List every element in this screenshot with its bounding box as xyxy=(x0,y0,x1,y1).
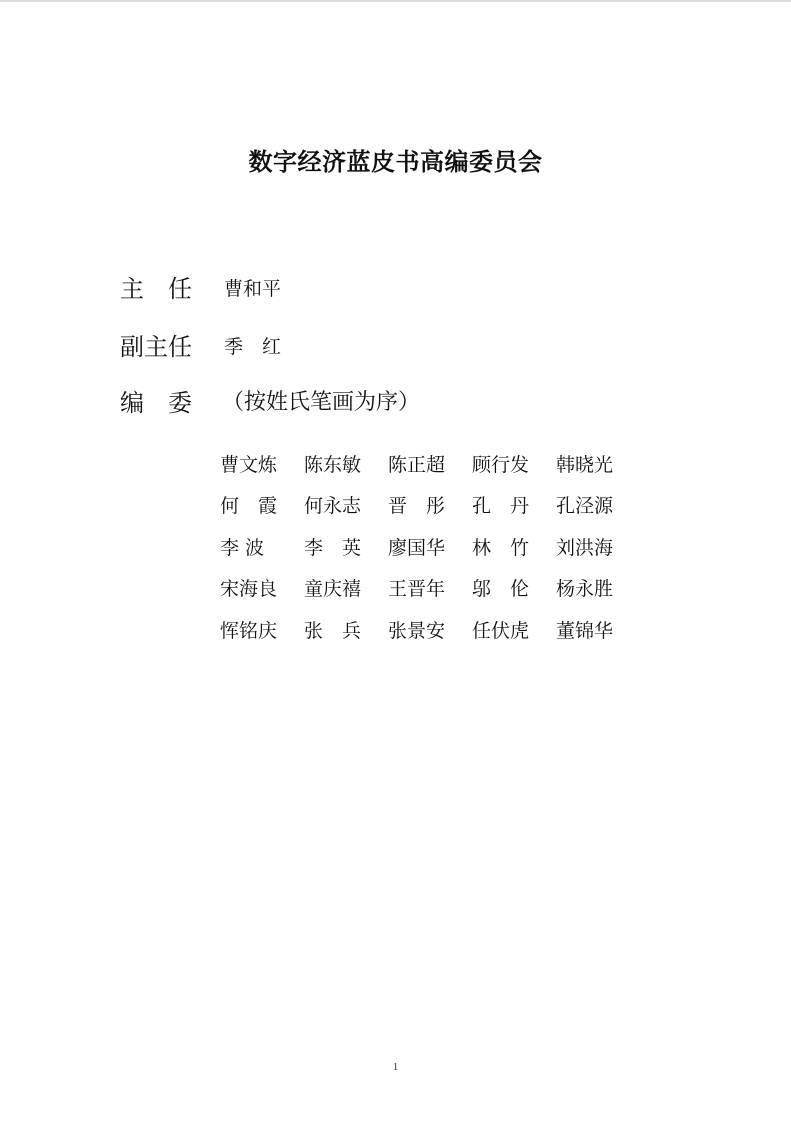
member-row: 李 波 李 英 廖国华 林 竹 刘洪海 xyxy=(220,527,640,569)
member-name: 孔泾源 xyxy=(556,491,640,521)
role-value-director: 曹和平 xyxy=(224,272,281,306)
member-name: 李 英 xyxy=(304,533,388,563)
member-row: 恽铭庆 张 兵 张景安 任伏虎 董锦华 xyxy=(220,610,640,652)
role-director: 主 任 曹和平 xyxy=(120,272,281,306)
role-label-deputy-director: 副主任 xyxy=(120,330,224,364)
member-grid: 曹文炼 陈东敏 陈正超 顾行发 韩晓光 何 霞 何永志 晋 彤 孔 丹 孔泾源 … xyxy=(220,444,640,652)
member-name: 廖国华 xyxy=(388,533,472,563)
member-name: 李 波 xyxy=(220,533,304,563)
role-value-deputy-director: 季 红 xyxy=(224,330,281,364)
member-name: 杨永胜 xyxy=(556,574,640,604)
role-editorial-board: 编 委 （按姓氏笔画为序） xyxy=(120,386,420,420)
member-name: 晋 彤 xyxy=(388,491,472,521)
page-title: 数字经济蓝皮书高编委员会 xyxy=(0,144,791,180)
member-name: 宋海良 xyxy=(220,574,304,604)
page-number: 1 xyxy=(0,1061,791,1073)
member-name: 王晋年 xyxy=(388,574,472,604)
member-name: 恽铭庆 xyxy=(220,616,304,646)
member-name: 邬 伦 xyxy=(472,574,556,604)
role-label-editorial-board: 编 委 xyxy=(120,386,224,420)
ordering-note: （按姓氏笔画为序） xyxy=(222,386,420,420)
member-row: 宋海良 童庆禧 王晋年 邬 伦 杨永胜 xyxy=(220,569,640,611)
member-name: 张 兵 xyxy=(304,616,388,646)
member-name: 童庆禧 xyxy=(304,574,388,604)
role-deputy-director: 副主任 季 红 xyxy=(120,330,281,364)
member-name: 董锦华 xyxy=(556,616,640,646)
member-row: 何 霞 何永志 晋 彤 孔 丹 孔泾源 xyxy=(220,486,640,528)
member-name: 任伏虎 xyxy=(472,616,556,646)
page-top-border xyxy=(0,0,791,2)
member-name: 曹文炼 xyxy=(220,450,304,480)
member-name: 孔 丹 xyxy=(472,491,556,521)
member-name: 张景安 xyxy=(388,616,472,646)
member-name: 何 霞 xyxy=(220,491,304,521)
role-label-director: 主 任 xyxy=(120,272,224,306)
member-name: 韩晓光 xyxy=(556,450,640,480)
member-name: 陈正超 xyxy=(388,450,472,480)
member-row: 曹文炼 陈东敏 陈正超 顾行发 韩晓光 xyxy=(220,444,640,486)
member-name: 刘洪海 xyxy=(556,533,640,563)
member-name: 陈东敏 xyxy=(304,450,388,480)
member-name: 何永志 xyxy=(304,491,388,521)
member-name: 顾行发 xyxy=(472,450,556,480)
member-name: 林 竹 xyxy=(472,533,556,563)
